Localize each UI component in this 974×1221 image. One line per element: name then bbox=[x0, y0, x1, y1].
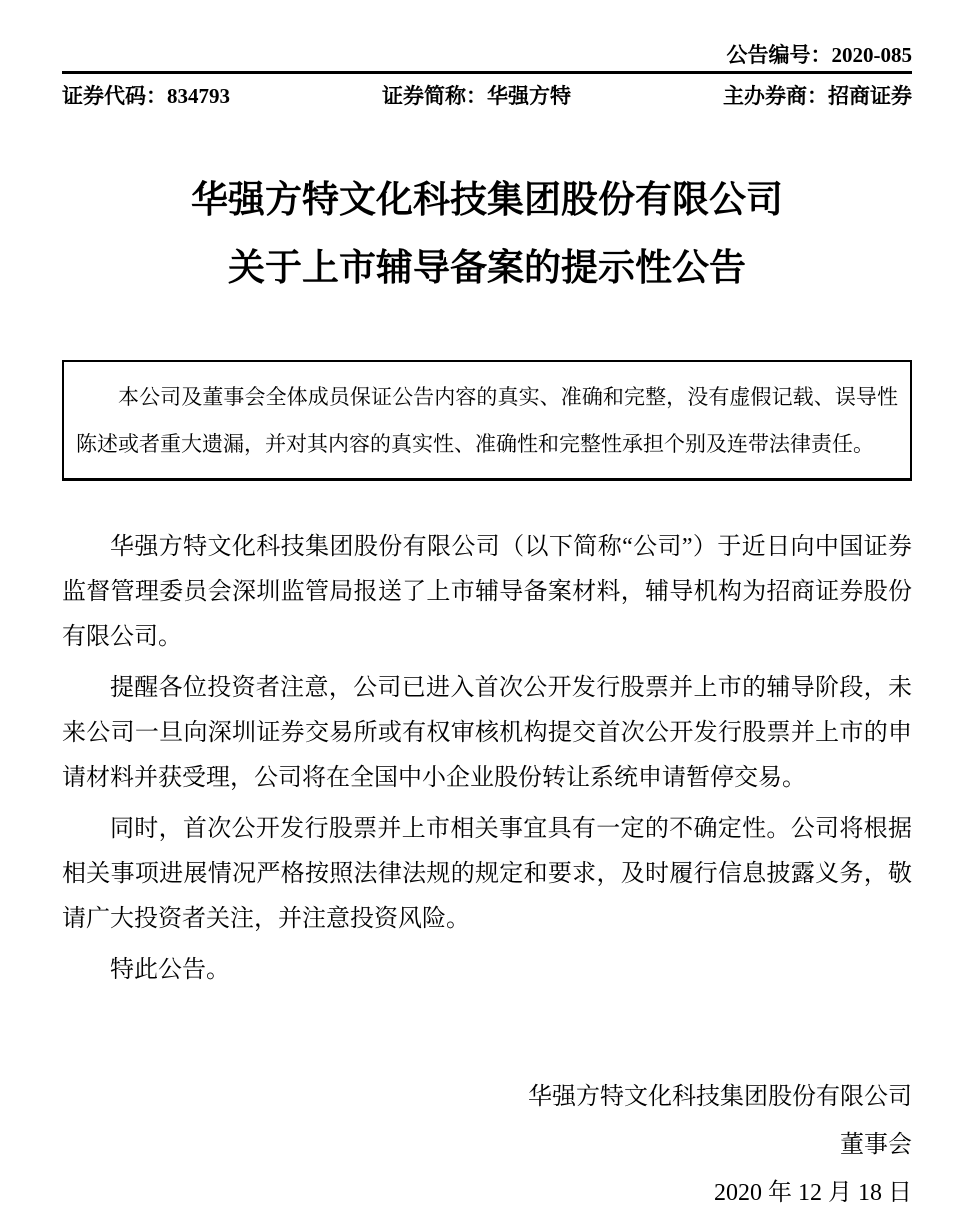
signature-board: 董事会 bbox=[62, 1121, 912, 1169]
stock-short-name: 证券简称：华强方特 bbox=[382, 84, 571, 108]
disclaimer-text: 本公司及董事会全体成员保证公告内容的真实、准确和完整，没有虚假记载、误导性陈述或… bbox=[76, 374, 898, 468]
disclaimer-box: 本公司及董事会全体成员保证公告内容的真实、准确和完整，没有虚假记载、误导性陈述或… bbox=[62, 360, 912, 481]
body-paragraph-2: 提醒各位投资者注意，公司已进入首次公开发行股票并上市的辅导阶段，未来公司一旦向深… bbox=[62, 666, 912, 801]
announcement-number: 公告编号：2020-085 bbox=[62, 0, 912, 66]
announcement-document: 公告编号：2020-085 证券代码：834793 证券简称：华强方特 主办券商… bbox=[0, 0, 974, 1221]
securities-header-row: 证券代码：834793 证券简称：华强方特 主办券商：招商证券 bbox=[62, 84, 912, 108]
body-paragraph-1: 华强方特文化科技集团股份有限公司（以下简称“公司”）于近日向中国证券监督管理委员… bbox=[62, 525, 912, 660]
signature-company: 华强方特文化科技集团股份有限公司 bbox=[62, 1073, 912, 1121]
signature-block: 华强方特文化科技集团股份有限公司 董事会 2020 年 12 月 18 日 bbox=[62, 1073, 912, 1217]
title-line-1: 华强方特文化科技集团股份有限公司 bbox=[62, 178, 912, 222]
body-paragraph-4: 特此公告。 bbox=[62, 948, 912, 993]
signature-date: 2020 年 12 月 18 日 bbox=[62, 1169, 912, 1217]
stock-code: 证券代码：834793 bbox=[62, 84, 230, 108]
body-paragraph-3: 同时，首次公开发行股票并上市相关事宜具有一定的不确定性。公司将根据相关事项进展情… bbox=[62, 807, 912, 942]
title-line-2: 关于上市辅导备案的提示性公告 bbox=[62, 246, 912, 290]
document-body: 华强方特文化科技集团股份有限公司（以下简称“公司”）于近日向中国证券监督管理委员… bbox=[62, 525, 912, 993]
header-divider bbox=[62, 71, 912, 74]
document-title: 华强方特文化科技集团股份有限公司 关于上市辅导备案的提示性公告 bbox=[62, 178, 912, 290]
lead-broker: 主办券商：招商证券 bbox=[723, 84, 912, 108]
